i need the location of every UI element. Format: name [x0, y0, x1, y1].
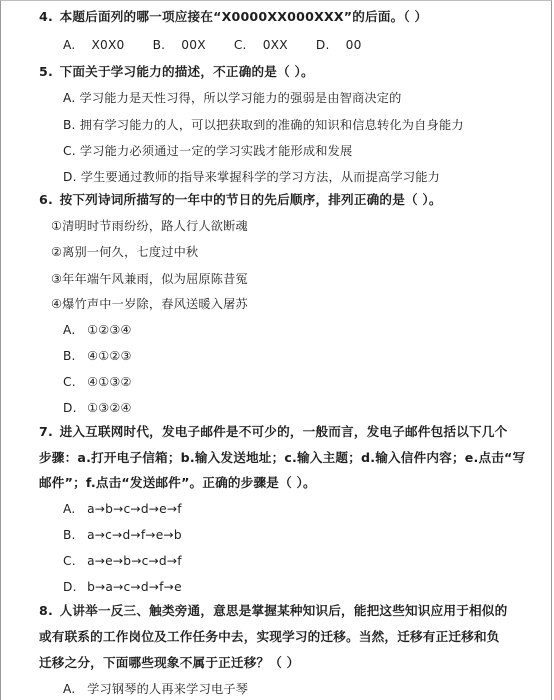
- option-label: C.: [63, 144, 76, 158]
- option-text: b→a→c→d→f→e: [87, 580, 182, 594]
- question-5-option-c: C. 学习能力必须通过一定的学习实践才能形成和发展: [63, 143, 352, 159]
- question-number: 5.: [39, 64, 55, 80]
- option-text: a→b→c→d→e→f: [87, 502, 182, 516]
- option-text: ①③②④: [87, 401, 132, 415]
- question-6-statement-3: ③年年端午风兼雨，似为屈原陈昔冤: [51, 271, 248, 287]
- question-6-option-d: D. ①③②④: [63, 400, 132, 416]
- question-8-option-a: A. 学习钢琴的人再来学习电子琴: [63, 681, 248, 697]
- question-5-option-d: D. 学生要通过教师的指导来掌握科学的学习方法，从而提高学习能力: [63, 169, 440, 185]
- question-5-option-b: B. 拥有学习能力的人，可以把获取到的准确的知识和信息转化为自身能力: [63, 117, 464, 133]
- question-number: 6.: [39, 192, 55, 208]
- question-7-option-d: D. b→a→c→d→f→e: [63, 579, 182, 595]
- question-number: 7.: [39, 424, 55, 440]
- option-text: 00: [346, 38, 362, 52]
- option-d: D. 00: [316, 38, 374, 52]
- question-text: 本题后面列的哪一项应接在“X0000XX000XXX”的后面。（ ）: [60, 9, 428, 24]
- question-7-option-b: B. a→c→d→f→e→b: [63, 527, 182, 543]
- option-text: 0XX: [263, 38, 288, 52]
- question-7-stem: 7. 进入互联网时代，发电子邮件是不可少的，一般而言，发电子邮件包括以下几个: [39, 424, 507, 440]
- question-6-statement-1: ①清明时节雨纷纷，路人行人欲断魂: [51, 218, 248, 234]
- question-8-stem: 8. 人讲举一反三、触类旁通，意思是掌握某种知识后，能把这些知识应用于相似的: [39, 603, 507, 619]
- option-text: 学习能力是天性习得，所以学习能力的强弱是由智商决定的: [79, 91, 401, 105]
- question-text: 进入互联网时代，发电子邮件是不可少的，一般而言，发电子邮件包括以下几个: [60, 424, 508, 439]
- option-label: B.: [63, 118, 76, 132]
- option-label: C.: [63, 553, 83, 569]
- question-5-option-a: A. 学习能力是天性习得，所以学习能力的强弱是由智商决定的: [63, 90, 402, 106]
- option-label: A.: [63, 38, 75, 52]
- option-text: X0X0: [91, 38, 124, 52]
- option-text: ①②③④: [87, 323, 132, 337]
- option-text: 00X: [181, 38, 205, 52]
- option-label: B.: [63, 348, 83, 364]
- option-label: D.: [316, 38, 330, 52]
- option-a: A. X0X0: [63, 38, 137, 52]
- question-text: 下面关于学习能力的描述，不正确的是（ ）。: [60, 64, 314, 79]
- option-text: a→c→d→f→e→b: [87, 528, 182, 542]
- question-6-statement-2: ②离别一何久，七度过中秋: [51, 244, 198, 260]
- document-page: 4. 本题后面列的哪一项应接在“X0000XX000XXX”的后面。（ ） A.…: [0, 0, 552, 700]
- option-label: C.: [63, 374, 83, 390]
- question-6-option-a: A. ①②③④: [63, 322, 132, 338]
- option-label: A.: [63, 91, 75, 105]
- option-text: ④①③②: [87, 375, 132, 389]
- option-label: B.: [63, 527, 83, 543]
- option-label: C.: [234, 38, 247, 52]
- question-number: 4.: [39, 9, 55, 25]
- option-label: A.: [63, 681, 83, 697]
- option-text: a→e→b→c→d→f: [87, 554, 182, 568]
- option-label: A.: [63, 322, 83, 338]
- question-text: 按下列诗词所描写的一年中的节日的先后顺序，排列正确的是（ ）。: [60, 192, 442, 207]
- option-c: C. 0XX: [234, 38, 300, 52]
- question-text: 人讲举一反三、触类旁通，意思是掌握某种知识后，能把这些知识应用于相似的: [60, 603, 508, 618]
- question-7-stem-line-3: 邮件”；f.点击“发送邮件”。正确的步骤是（ ）。: [39, 475, 316, 491]
- question-4-options: A. X0X0 B. 00X C. 0XX D. 00: [63, 37, 386, 53]
- option-text: 拥有学习能力的人，可以把获取到的准确的知识和信息转化为自身能力: [80, 118, 464, 132]
- question-4-stem: 4. 本题后面列的哪一项应接在“X0000XX000XXX”的后面。（ ）: [39, 9, 427, 25]
- question-6-statement-4: ④爆竹声中一岁除，春风送暖入屠苏: [51, 296, 248, 312]
- option-label: D.: [63, 170, 77, 184]
- option-label: B.: [153, 38, 166, 52]
- question-5-stem: 5. 下面关于学习能力的描述，不正确的是（ ）。: [39, 64, 314, 80]
- question-7-stem-line-2: 步骤：a.打开电子信箱；b.输入发送地址；c.输入主题；d.输入信件内容；e.点…: [39, 450, 525, 466]
- question-7-option-c: C. a→e→b→c→d→f: [63, 553, 182, 569]
- option-text: ④①②③: [87, 349, 132, 363]
- question-6-option-c: C. ④①③②: [63, 374, 132, 390]
- option-label: D.: [63, 400, 83, 416]
- option-b: B. 00X: [153, 38, 218, 52]
- option-label: D.: [63, 579, 83, 595]
- question-7-option-a: A. a→b→c→d→e→f: [63, 501, 182, 517]
- question-number: 8.: [39, 603, 55, 619]
- option-text: 学生要通过教师的指导来掌握科学的学习方法，从而提高学习能力: [81, 170, 440, 184]
- option-text: 学习能力必须通过一定的学习实践才能形成和发展: [80, 144, 353, 158]
- question-8-stem-line-2: 或有联系的工作岗位及工作任务中去，实现学习的迁移。当然，迁移有正迁移和负: [39, 629, 500, 645]
- option-text: 学习钢琴的人再来学习电子琴: [87, 682, 248, 696]
- question-6-option-b: B. ④①②③: [63, 348, 132, 364]
- question-8-stem-line-3: 迁移之分，下面哪些现象不属于正迁移？（ ）: [39, 655, 299, 671]
- question-6-stem: 6. 按下列诗词所描写的一年中的节日的先后顺序，排列正确的是（ ）。: [39, 192, 442, 208]
- option-label: A.: [63, 501, 83, 517]
